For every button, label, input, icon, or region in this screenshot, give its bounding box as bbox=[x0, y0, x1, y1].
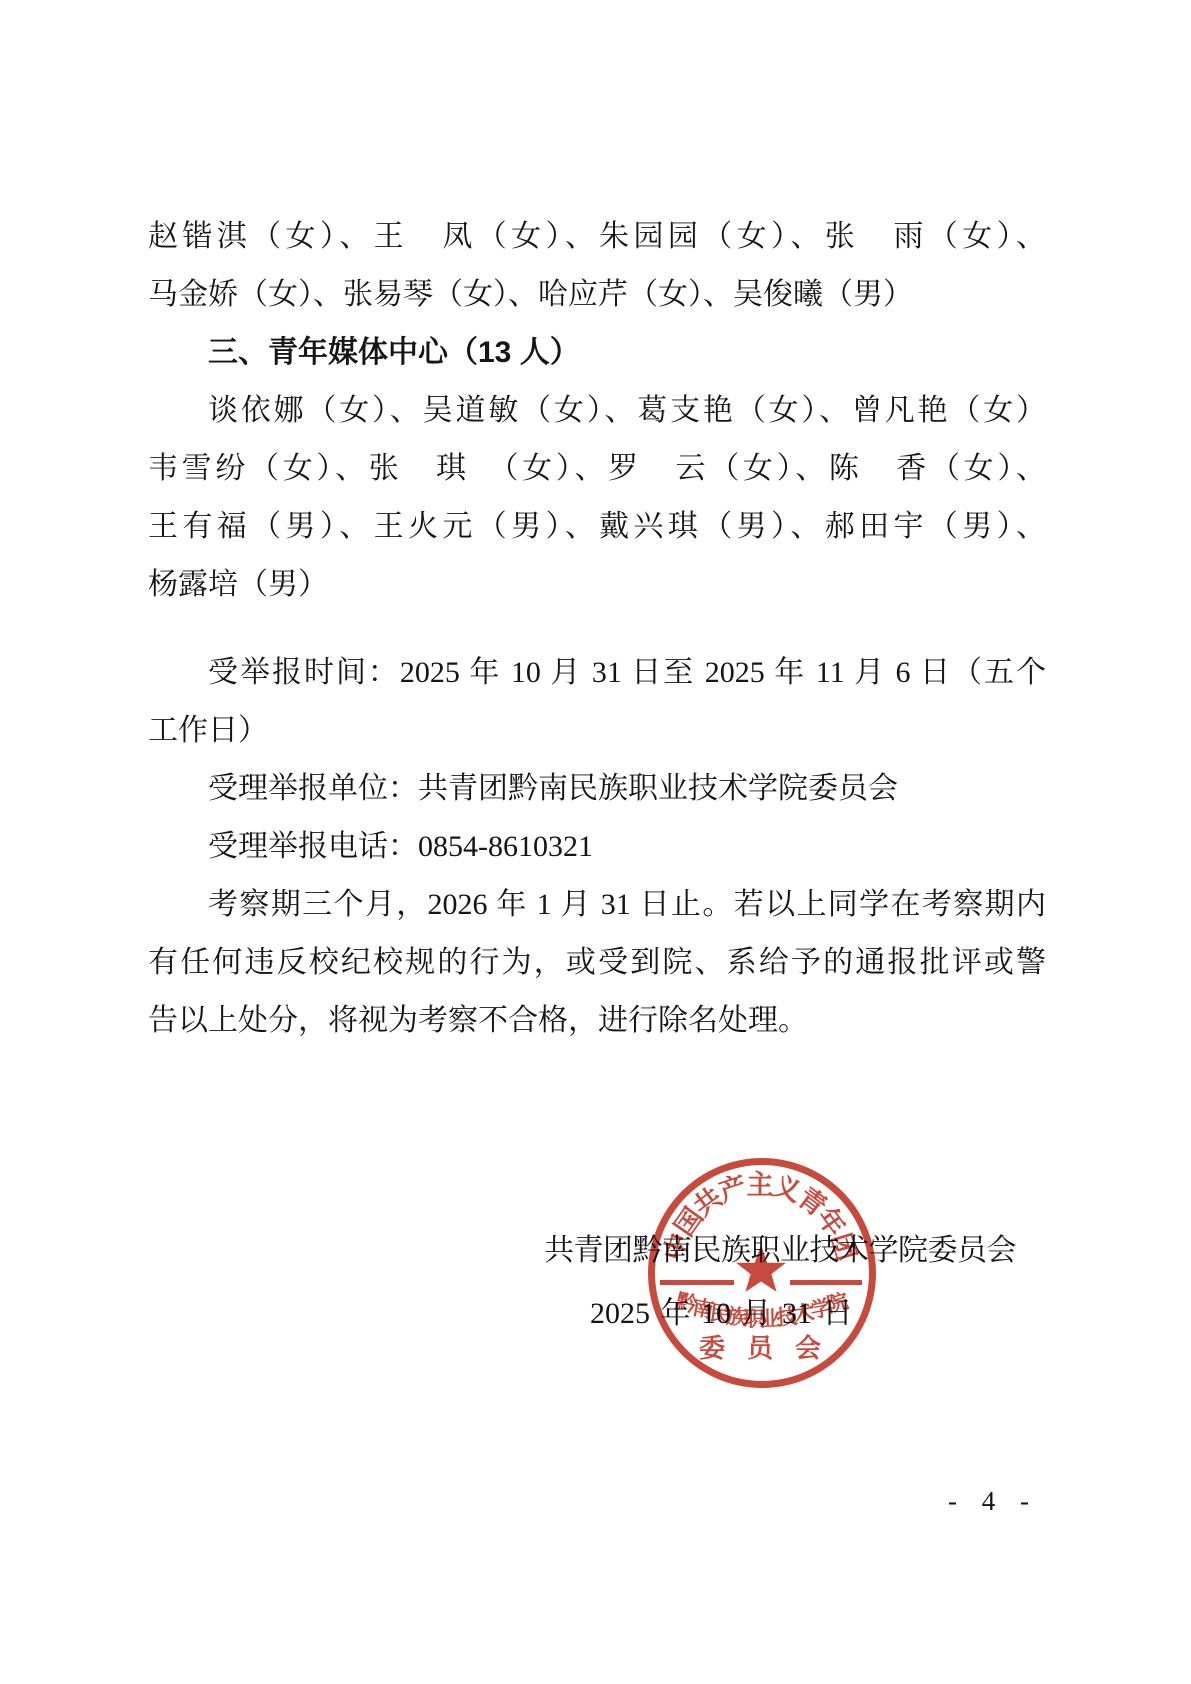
document-body: 赵锴淇（女）、王 凤（女）、朱园园（女）、张 雨（女）、 马金娇（女）、张易琴（… bbox=[148, 208, 1046, 1050]
name-list-line: 马金娇（女）、张易琴（女）、哈应芹（女）、吴俊曦（男） bbox=[148, 266, 1046, 324]
inspection-period-line: 有任何违反校纪校规的行为，或受到院、系给予的通报批评或警 bbox=[148, 934, 1046, 992]
name-list-line: 谈依娜（女）、吴道敏（女）、葛支艳（女）、曾凡艳（女） bbox=[148, 382, 1046, 440]
inspection-period-line: 告以上处分，将视为考察不合格，进行除名处理。 bbox=[148, 992, 1046, 1050]
stamp-bar bbox=[790, 1280, 862, 1285]
inspection-period-line: 考察期三个月，2026 年 1 月 31 日止。若以上同学在考察期内 bbox=[148, 876, 1046, 934]
issuer-signature: 共青团黔南民族职业技术学院委员会 bbox=[544, 1234, 1016, 1268]
stamp-bar bbox=[660, 1280, 734, 1285]
stamp-arc-char: 青 bbox=[792, 1182, 832, 1223]
name-list-line: 杨露培（男） bbox=[148, 556, 1046, 614]
stamp-bottom-char: 员 bbox=[746, 1334, 774, 1362]
report-unit-line: 受理举报单位：共青团黔南民族职业技术学院委员会 bbox=[148, 760, 1046, 818]
stamp-arc-char: 义 bbox=[769, 1171, 805, 1208]
name-list-line: 赵锴淇（女）、王 凤（女）、朱园园（女）、张 雨（女）、 bbox=[148, 208, 1046, 266]
stamp-bottom-char: 会 bbox=[794, 1334, 822, 1362]
issue-date: 2025 年 10 月 31 日 bbox=[590, 1297, 853, 1331]
official-stamp: 中国共产主义青年团 黔南民族职业技术学院 委员会 bbox=[648, 1158, 876, 1388]
name-list-line: 王有福（男）、王火元（男）、戴兴琪（男）、郝田宇（男）、 bbox=[148, 498, 1046, 556]
report-phone-line: 受理举报电话：0854-8610321 bbox=[148, 818, 1046, 876]
name-list-line: 韦雪纷（女）、张 琪 （女）、罗 云（女）、陈 香（女）、 bbox=[148, 440, 1046, 498]
stamp-arc-char: 共 bbox=[688, 1182, 728, 1223]
stamp-arc-char: 产 bbox=[715, 1171, 751, 1208]
stamp-arc-char: 主 bbox=[746, 1170, 774, 1200]
stamp-ring bbox=[648, 1158, 876, 1388]
report-time-line: 受举报时间：2025 年 10 月 31 日至 2025 年 11 月 6 日（… bbox=[148, 644, 1046, 702]
section-heading: 三、青年媒体中心（13 人） bbox=[148, 324, 1046, 382]
document-page: 赵锴淇（女）、王 凤（女）、朱园园（女）、张 雨（女）、 马金娇（女）、张易琴（… bbox=[0, 0, 1191, 1684]
stamp-bottom-char: 委 bbox=[698, 1334, 726, 1362]
report-time-line: 工作日） bbox=[148, 702, 1046, 760]
page-number: - 4 - bbox=[948, 1486, 1038, 1516]
